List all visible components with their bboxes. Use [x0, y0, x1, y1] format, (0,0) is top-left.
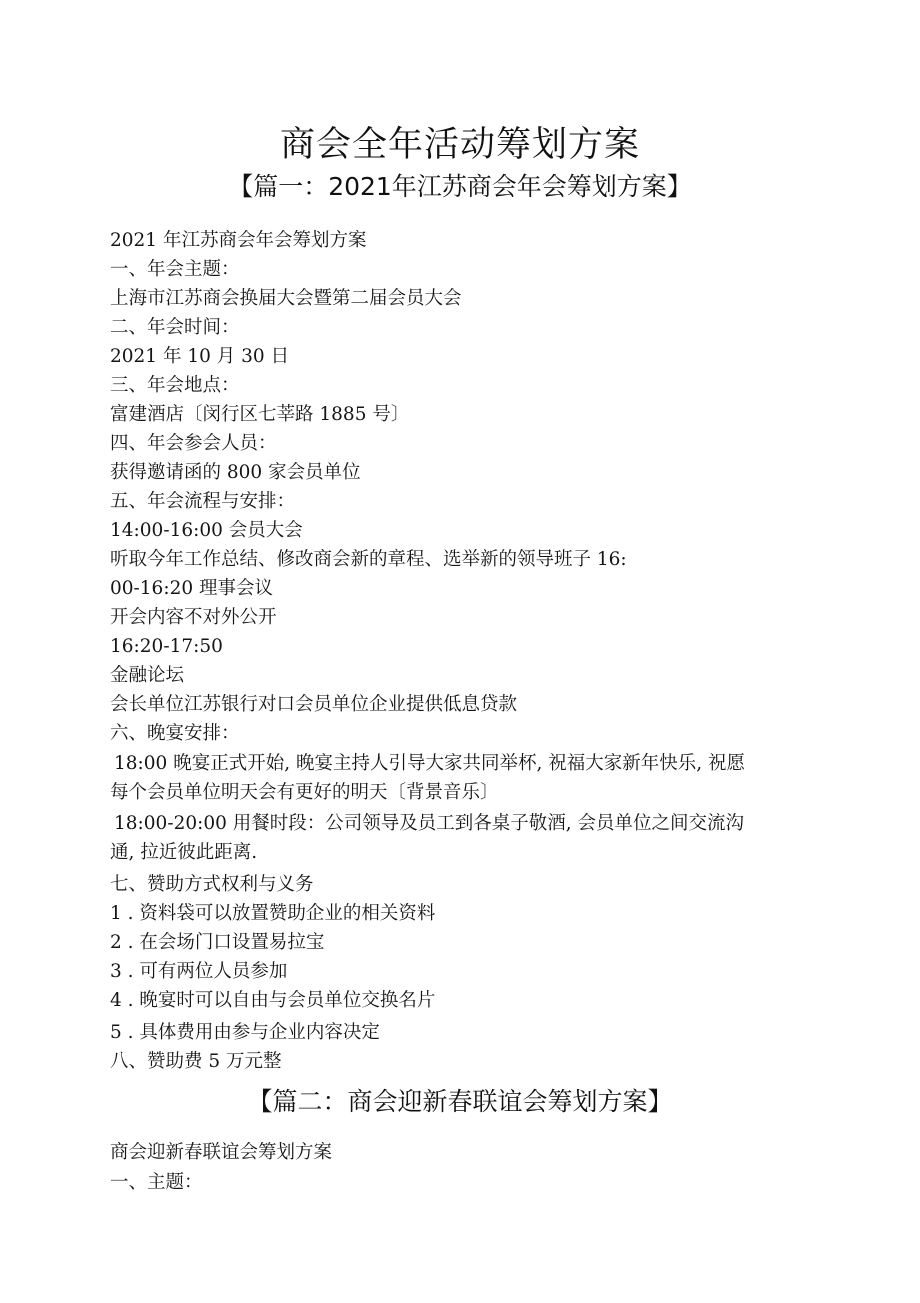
schedule-line: 14:00-16:00 会员大会	[110, 519, 303, 543]
item-heading-sponsorship: 七、赞助方式权利与义务	[110, 873, 314, 897]
sponsorship-item: 1 . 资料袋可以放置赞助企业的相关资料	[110, 902, 435, 926]
sponsorship-item: 4 . 晚宴时可以自由与会员单位交换名片	[110, 989, 435, 1013]
item-heading-theme: 一、年会主题：	[110, 258, 240, 282]
sponsorship-item: 3 . 可有两位人员参加	[110, 960, 287, 984]
item-heading-schedule: 五、年会流程与安排：	[110, 490, 295, 514]
item-heading-sponsor-fee: 八、赞助费 5 万元整	[110, 1050, 282, 1074]
attendees-text: 获得邀请函的 800 家会员单位	[110, 461, 361, 485]
location-text: 富建酒店〔闵行区七莘路 1885 号〕	[110, 403, 409, 427]
plan-subtitle: 2021 年江苏商会年会筹划方案	[110, 229, 366, 253]
time-text: 2021 年 10 月 30 日	[110, 345, 289, 369]
item-heading-theme: 一、主题：	[110, 1171, 203, 1195]
sponsorship-item: 2 . 在会场门口设置易拉宝	[110, 931, 324, 955]
item-heading-location: 三、年会地点：	[110, 374, 240, 398]
banquet-text: 通, 拉近彼此距离.	[110, 841, 257, 865]
schedule-line: 00-16:20 理事会议	[110, 577, 273, 601]
banquet-text: 18:00 晚宴正式开始, 晚宴主持人引导大家共同举杯, 祝福大家新年快乐, 祝…	[114, 752, 745, 776]
schedule-line: 听取今年工作总结、修改商会新的章程、选举新的领导班子 16:	[110, 548, 627, 572]
item-heading-attendees: 四、年会参会人员：	[110, 432, 277, 456]
section-1-heading: 【篇一：2021年江苏商会年会筹划方案】	[0, 170, 920, 204]
section-2-heading: 【篇二：商会迎新春联谊会筹划方案】	[0, 1085, 920, 1119]
banquet-text: 每个会员单位明天会有更好的明天〔背景音乐〕	[110, 781, 499, 805]
sponsorship-item: 5 . 具体费用由参与企业内容决定	[110, 1021, 380, 1045]
document-page: 商会全年活动筹划方案 【篇一：2021年江苏商会年会筹划方案】 2021 年江苏…	[0, 0, 920, 1303]
schedule-line: 会长单位江苏银行对口会员单位企业提供低息贷款	[110, 693, 517, 717]
theme-text: 上海市江苏商会换届大会暨第二届会员大会	[110, 287, 462, 311]
banquet-text: 18:00-20:00 用餐时段：公司领导及员工到各桌子敬酒, 会员单位之间交流…	[114, 812, 744, 836]
schedule-line: 16:20-17:50	[110, 635, 223, 659]
plan-subtitle: 商会迎新春联谊会筹划方案	[110, 1141, 332, 1165]
document-title: 商会全年活动筹划方案	[0, 122, 920, 168]
item-heading-time: 二、年会时间：	[110, 316, 240, 340]
item-heading-banquet: 六、晚宴安排：	[110, 722, 240, 746]
schedule-line: 开会内容不对外公开	[110, 606, 277, 630]
schedule-line: 金融论坛	[110, 664, 184, 688]
